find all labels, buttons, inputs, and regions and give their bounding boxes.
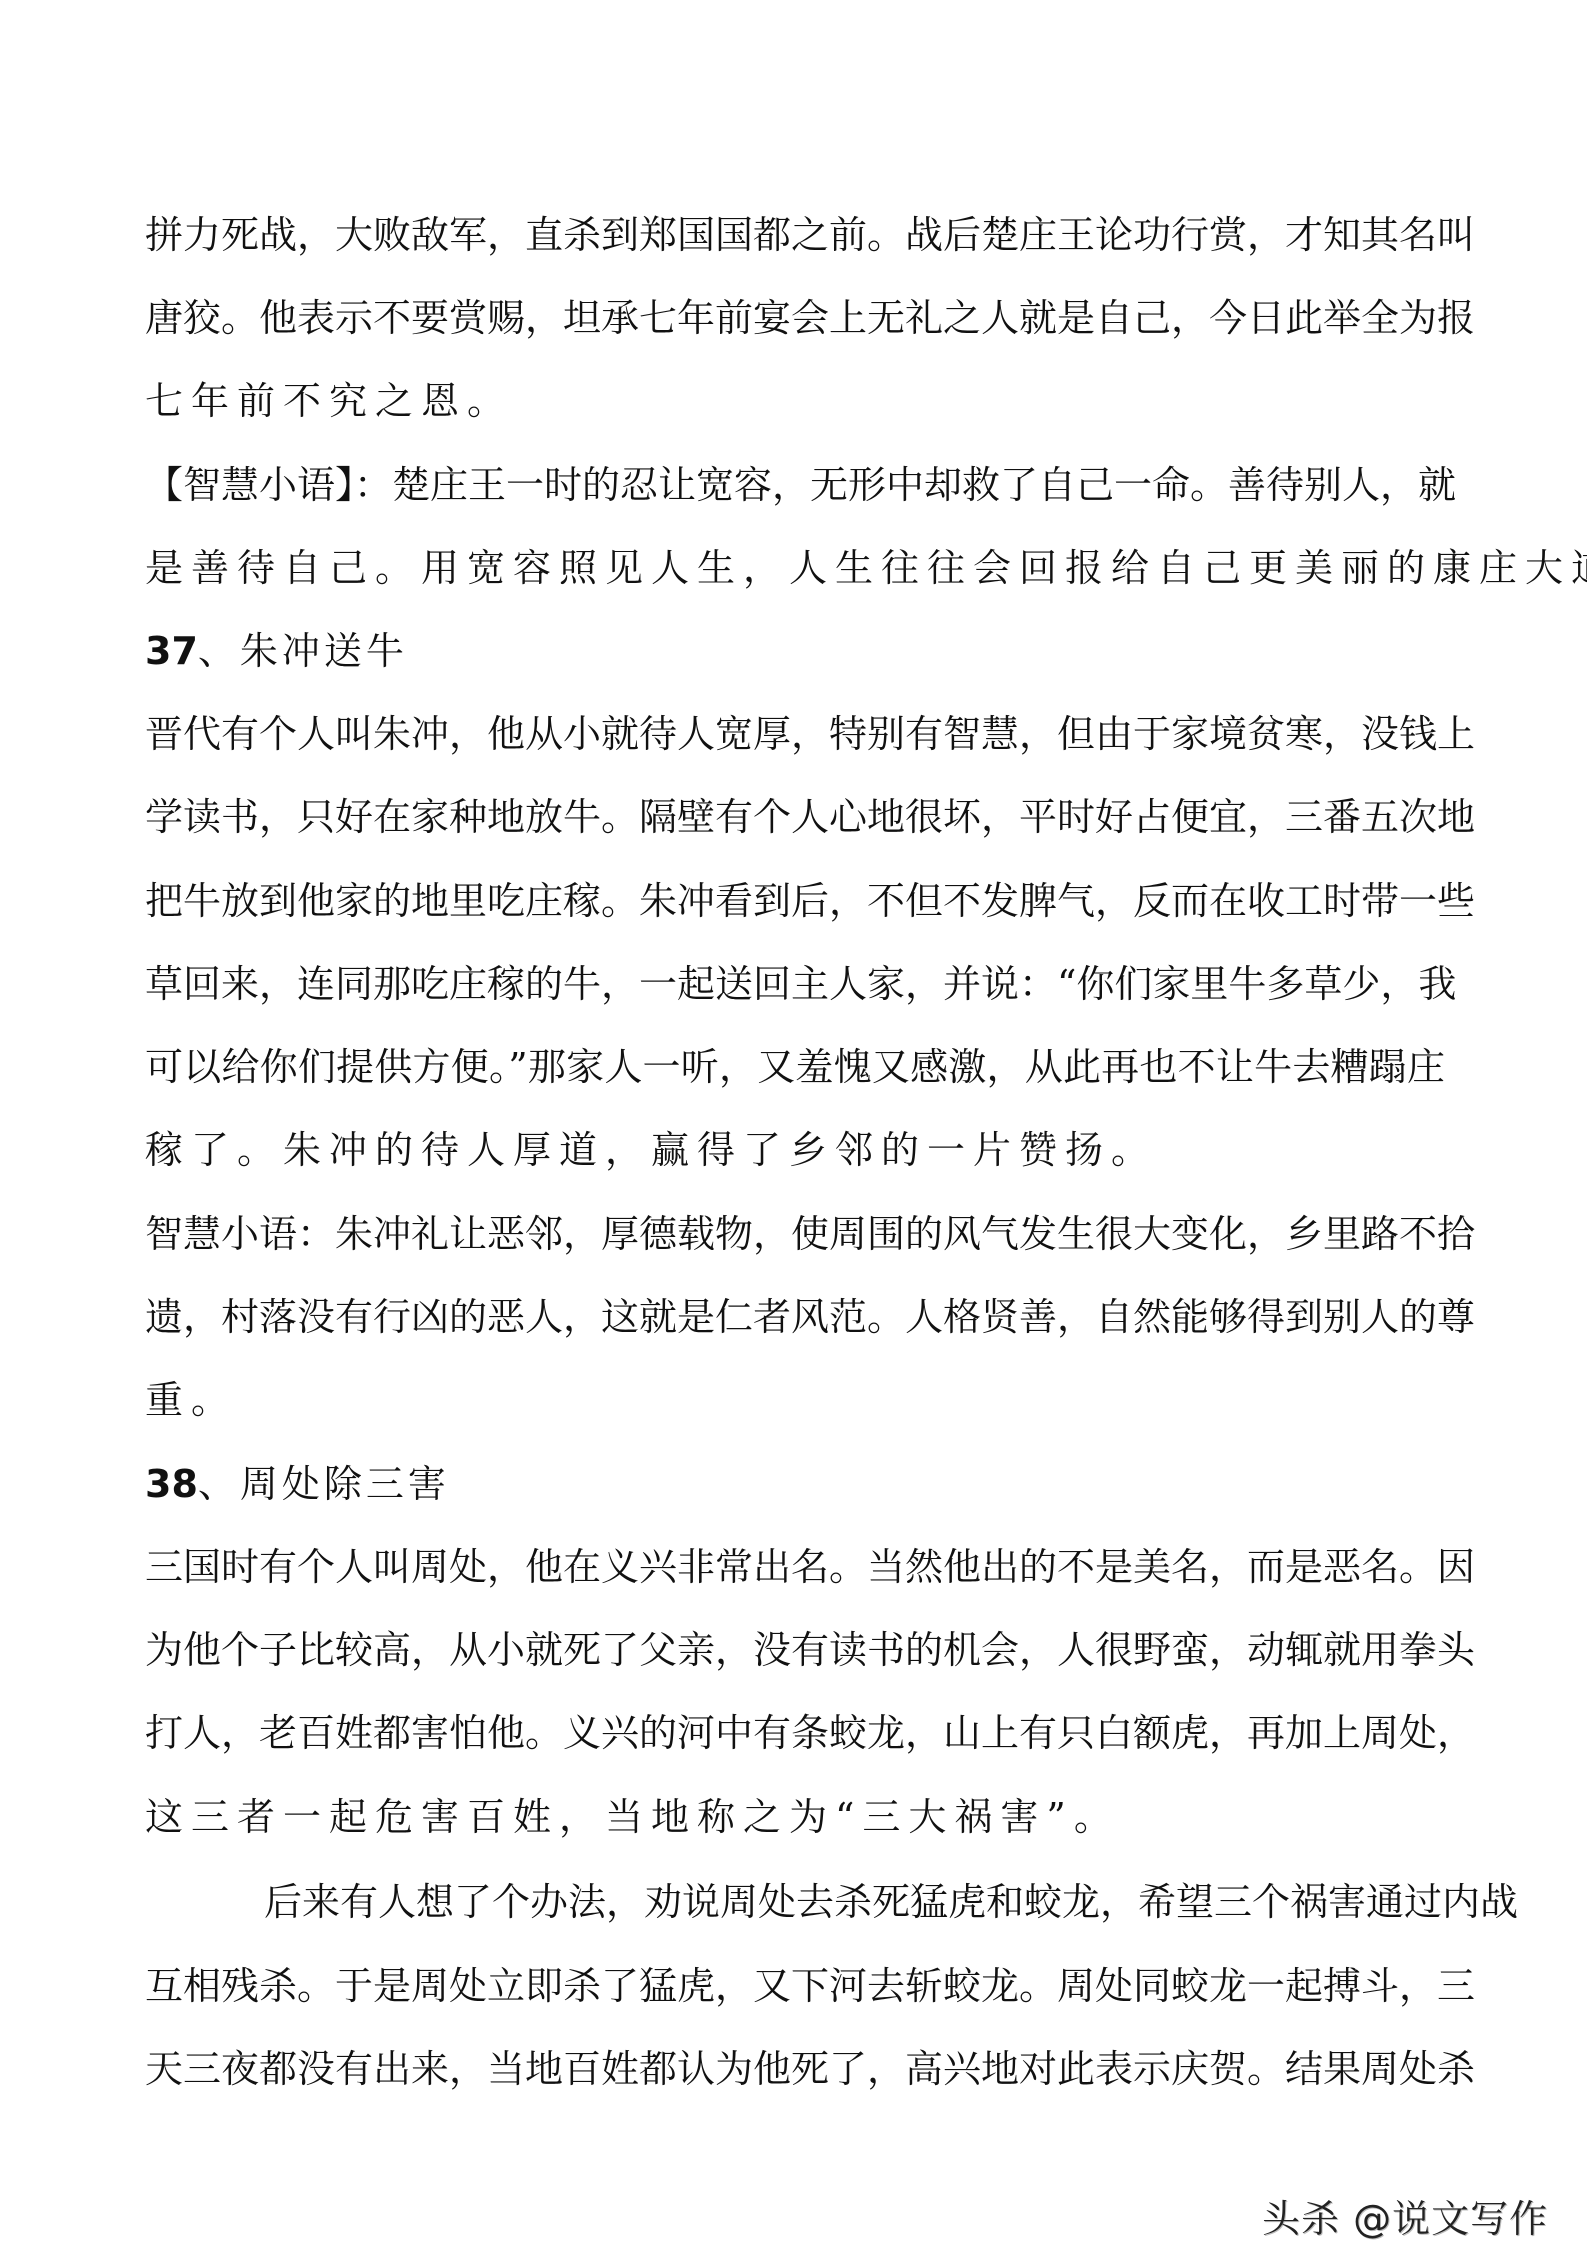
body-line-indented: 后来有人想了个办法，劝说周处去杀死猛虎和蛟龙，希望三个祸害通过内战: [264, 1879, 1445, 1925]
wisdom-note-line: 智慧小语：朱冲礼让恶邻，厚德载物，使周围的风气发生很大变化，乡里路不拾: [145, 1211, 1445, 1257]
body-line: 拼力死战，大败敌军，直杀到郑国国都之前。战后楚庄王论功行赏，才知其名叫: [145, 212, 1445, 258]
body-line: 七年前不究之恩。: [145, 378, 1445, 424]
body-line: 可以给你们提供方便。”那家人一听，又羞愧又感激，从此再也不让牛去糟蹋庄: [145, 1044, 1445, 1090]
heading-number: 38: [145, 1462, 198, 1506]
wisdom-note-line: 重。: [145, 1377, 1445, 1423]
body-line: 打人，老百姓都害怕他。义兴的河中有条蛟龙，山上有只白额虎，再加上周处，: [145, 1710, 1445, 1756]
body-line: 晋代有个人叫朱冲，他从小就待人宽厚，特别有智慧，但由于家境贫寒，没钱上: [145, 711, 1445, 757]
body-line: 稼了。朱冲的待人厚道，赢得了乡邻的一片赞扬。: [145, 1127, 1445, 1173]
wisdom-note-line: 【智慧小语】：楚庄王一时的忍让宽容，无形中却救了自己一命。善待别人，就: [145, 462, 1445, 508]
body-line: 学读书，只好在家种地放牛。隔壁有个人心地很坏，平时好占便宜，三番五次地: [145, 794, 1445, 840]
heading-title: 、朱冲送牛: [198, 629, 408, 673]
document-page: 拼力死战，大败敌军，直杀到郑国国都之前。战后楚庄王论功行赏，才知其名叫 唐狡。他…: [0, 0, 1587, 2245]
body-line: 三国时有个人叫周处，他在义兴非常出名。当然他出的不是美名，而是恶名。因: [145, 1544, 1445, 1590]
wisdom-note-line: 是善待自己。用宽容照见人生，人生往往会回报给自己更美丽的康庄大道。: [145, 545, 1445, 591]
body-line: 这三者一起危害百姓，当地称之为“三大祸害”。: [145, 1794, 1445, 1840]
body-line: 互相残杀。于是周处立即杀了猛虎，又下河去斩蛟龙。周处同蛟龙一起搏斗，三: [145, 1963, 1445, 2009]
wisdom-note-line: 遗，村落没有行凶的恶人，这就是仁者风范。人格贤善，自然能够得到别人的尊: [145, 1294, 1445, 1340]
section-heading-38: 38、周处除三害: [145, 1461, 1445, 1507]
heading-title: 、周处除三害: [198, 1462, 450, 1506]
section-heading-37: 37、朱冲送牛: [145, 628, 1445, 674]
watermark: 头杀 @说文写作: [1262, 2196, 1548, 2242]
body-line: 草回来，连同那吃庄稼的牛，一起送回主人家，并说：“你们家里牛多草少，我: [145, 961, 1445, 1007]
body-line: 为他个子比较高，从小就死了父亲，没有读书的机会，人很野蛮，动辄就用拳头: [145, 1627, 1445, 1673]
body-line: 唐狡。他表示不要赏赐，坦承七年前宴会上无礼之人就是自己，今日此举全为报: [145, 295, 1445, 341]
heading-number: 37: [145, 629, 198, 673]
body-line: 天三夜都没有出来，当地百姓都认为他死了，高兴地对此表示庆贺。结果周处杀: [145, 2046, 1445, 2092]
body-line: 把牛放到他家的地里吃庄稼。朱冲看到后，不但不发脾气，反而在收工时带一些: [145, 878, 1445, 924]
